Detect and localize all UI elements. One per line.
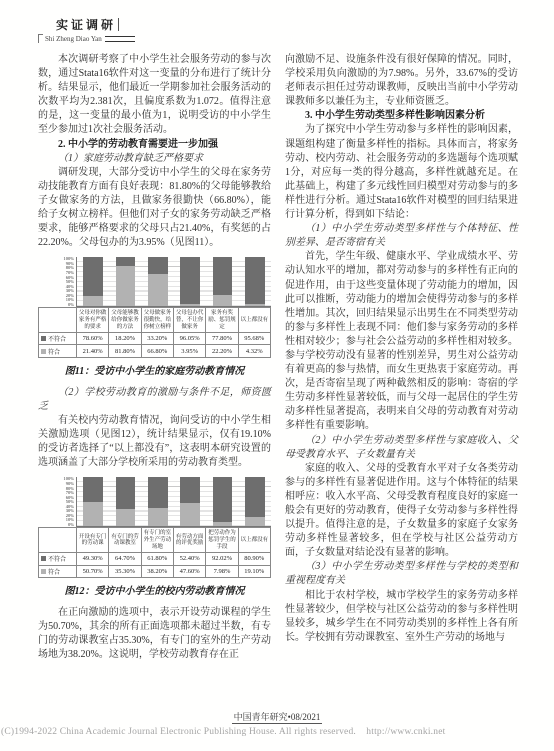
value-cell: 50.70% <box>77 566 109 578</box>
table-corner-cell <box>39 528 77 553</box>
value-cell: 4.32% <box>239 345 271 357</box>
plot-area <box>76 477 271 527</box>
value-cell: 96.05% <box>174 333 206 345</box>
bar-segment-不符合 <box>116 477 135 509</box>
value-cell: 92.02% <box>206 553 238 565</box>
bar-segment-不符合 <box>180 477 199 503</box>
bar-segment-不符合 <box>148 477 167 507</box>
figure-11-data-table: 父母对你做家务有严格的要求父母能够教给你做家务的方法父母做家务很勤快，给你树立榜… <box>38 307 271 358</box>
category-cell: 有专门的室外生产劳动场地 <box>142 528 174 553</box>
bar-segment-符合 <box>245 304 264 306</box>
section-header: 实证调研 Shi Zheng Diao Yan <box>38 16 135 43</box>
value-cell: 3.95% <box>174 345 206 357</box>
category-cell: 家务有奖励、惩罚规定 <box>206 308 238 333</box>
stacked-bar <box>83 257 102 306</box>
bar-slot <box>239 257 271 306</box>
value-cell: 38.20% <box>142 566 174 578</box>
bar-slot <box>77 257 109 306</box>
y-axis-labels: 100%90%80%70%60%50%40%30%20%10%0% <box>38 477 76 527</box>
value-cell: 33.20% <box>142 333 174 345</box>
stacked-bar <box>213 257 232 306</box>
heading-section-2: 2. 中小学的劳动教育需要进一步加强 <box>38 138 271 152</box>
figure-11-chart: 100%90%80%70%60%50%40%30%20%10%0% 父母对你做家… <box>38 257 271 377</box>
figure-12-caption: 图12：受访中小学生的校内劳动教育情况 <box>38 582 271 597</box>
value-cell: 95.68% <box>239 333 271 345</box>
bar-segment-不符合 <box>213 257 232 295</box>
right-column: 向激励不足、设施条件没有很好保障的情况。同时，学校采用负向激励的为7.98%。另… <box>285 53 518 662</box>
category-cell: 父母包办代替，不让你做家务 <box>174 308 206 333</box>
section-title-pinyin: Shi Zheng Diao Yan <box>38 34 135 43</box>
stacked-bar <box>245 257 264 306</box>
category-cell: 有专门的劳动课教室 <box>109 528 141 553</box>
bar-segment-不符合 <box>116 257 135 266</box>
bar-slot <box>77 477 109 526</box>
category-cell: 以上都没有 <box>239 528 271 553</box>
category-cell: 父母对你做家务有严格的要求 <box>77 308 109 333</box>
value-cell: 78.60% <box>77 333 109 345</box>
bar-segment-符合 <box>245 517 264 526</box>
value-cell: 18.20% <box>109 333 141 345</box>
category-cell: 把劳动作为惩罚学生的手段 <box>206 528 238 553</box>
figure-12-plot: 100%90%80%70%60%50%40%30%20%10%0% <box>38 477 271 527</box>
bar-segment-符合 <box>83 296 102 306</box>
subheading-2-2: （2）学校劳动教育的激励与条件不足，师资匮乏 <box>38 386 271 414</box>
value-cell: 66.80% <box>142 345 174 357</box>
stacked-bar <box>180 257 199 306</box>
paragraph-social-service: 本次调研考察了中小学生社会服务劳动的参与次数，通过Stata16软件对这一变量的… <box>38 53 271 138</box>
stacked-bar <box>116 477 135 526</box>
subheading-3-2: （2）中小学生劳动类型多样性与家庭收入、父母受教育水平、子女数量有关 <box>285 434 518 462</box>
category-cell: 以上都没有 <box>239 308 271 333</box>
value-cell: 81.80% <box>109 345 141 357</box>
figure-11-plot: 100%90%80%70%60%50%40%30%20%10%0% <box>38 257 271 307</box>
category-cell: 父母做家务很勤快，给你树立榜样 <box>142 308 174 333</box>
stacked-bar <box>148 257 167 306</box>
subheading-3-1: （1）中小学生劳动类型多样性与个体特征、性别差异、是否寄宿有关 <box>285 222 518 250</box>
bar-slot <box>142 257 174 306</box>
bar-segment-符合 <box>116 509 135 526</box>
bar-segment-符合 <box>116 266 135 306</box>
value-cell: 80.90% <box>239 553 271 565</box>
bar-segment-符合 <box>213 522 232 526</box>
value-cell: 19.10% <box>239 566 271 578</box>
stacked-bar <box>148 477 167 526</box>
category-cell: 有劳动方面的评优奖励 <box>174 528 206 553</box>
value-cell: 35.30% <box>109 566 141 578</box>
value-cell: 52.40% <box>174 553 206 565</box>
bar-slot <box>174 477 206 526</box>
bar-slot <box>206 477 238 526</box>
value-cell: 22.20% <box>206 345 238 357</box>
paragraph-diversity-index: 为了探究中小学生劳动参与多样性的影响因素，课题组构建了衡量多样性的指标。具体而言… <box>285 123 518 222</box>
stacked-bar <box>213 477 232 526</box>
category-cell: 父母能够教给你做家务的方法 <box>109 308 141 333</box>
header-vertical-rule <box>118 18 119 31</box>
value-cell: 49.30% <box>77 553 109 565</box>
bar-segment-符合 <box>83 502 102 527</box>
legend-swatch-icon <box>41 336 46 341</box>
legend-swatch-icon <box>41 349 46 354</box>
journal-page: 实证调研 Shi Zheng Diao Yan 本次调研考察了中小学生社会服务劳… <box>0 0 554 751</box>
legend-swatch-icon <box>41 556 46 561</box>
stacked-bar <box>116 257 135 306</box>
value-cell: 21.40% <box>77 345 109 357</box>
stacked-bar <box>180 477 199 526</box>
stacked-bar <box>83 477 102 526</box>
header-bracket <box>38 34 43 43</box>
bar-segment-不符合 <box>213 477 232 522</box>
legend-cell: 符合 <box>39 345 77 357</box>
bar-segment-不符合 <box>148 257 167 273</box>
section-title-text: 实证调研 <box>56 16 116 33</box>
bar-segment-符合 <box>213 295 232 306</box>
pinyin-text: Shi Zheng Diao Yan <box>45 35 102 43</box>
figure-12-data-table: 开设有专门的劳动课有专门的劳动课教室有专门的室外生产劳动场地有劳动方面的评优奖励… <box>38 527 271 578</box>
value-cell: 64.70% <box>109 553 141 565</box>
bar-slot <box>206 257 238 306</box>
bar-slot <box>142 477 174 526</box>
bar-segment-符合 <box>148 508 167 527</box>
bar-segment-不符合 <box>245 257 264 304</box>
bar-segment-符合 <box>180 503 199 526</box>
header-double-rule <box>105 36 135 42</box>
figure-11-caption: 图11：受访中小学生的家庭劳动教育情况 <box>38 362 271 377</box>
heading-section-3: 3. 中小学生劳动类型多样性影响因素分析 <box>285 109 518 123</box>
bar-segment-符合 <box>148 274 167 307</box>
legend-cell: 不符合 <box>39 333 77 345</box>
table-corner-cell <box>39 308 77 333</box>
bar-slot <box>239 477 271 526</box>
figure-12-chart: 100%90%80%70%60%50%40%30%20%10%0% 开设有专门的… <box>38 477 271 597</box>
legend-cell: 符合 <box>39 566 77 578</box>
value-cell: 7.98% <box>206 566 238 578</box>
stacked-bar <box>245 477 264 526</box>
bar-slot <box>109 477 141 526</box>
plot-area <box>76 257 271 307</box>
bar-segment-符合 <box>180 304 199 306</box>
bar-segment-不符合 <box>83 477 102 501</box>
left-column: 本次调研考察了中小学生社会服务劳动的参与次数，通过Stata16软件对这一变量的… <box>38 53 271 662</box>
journal-issue-text: 中国青年研究•08/2021 <box>232 712 323 724</box>
y-axis-labels: 100%90%80%70%60%50%40%30%20%10%0% <box>38 257 76 307</box>
bar-slot <box>109 257 141 306</box>
category-cell: 开设有专门的劳动课 <box>77 528 109 553</box>
value-cell: 47.60% <box>174 566 206 578</box>
two-column-body: 本次调研考察了中小学生社会服务劳动的参与次数，通过Stata16软件对这一变量的… <box>38 53 518 662</box>
paragraph-family-factors: 家庭的收入、父母的受教育水平对子女各类劳动参与的多样性有显著促进作用。这与个体特… <box>285 462 518 561</box>
subheading-3-3: （3）中小学生劳动类型多样性与学校的类型和重视程度有关 <box>285 560 518 588</box>
bar-segment-不符合 <box>83 257 102 296</box>
paragraph-school-factors: 相比于农村学校，城市学校学生的家务劳动多样性显著较少，但学校与社区公益劳动的参与… <box>285 589 518 645</box>
paragraph-continuation: 向激励不足、设施条件没有很好保障的情况。同时，学校采用负向激励的为7.98%。另… <box>285 53 518 109</box>
cnki-copyright-line: (C)1994-2022 China Academic Journal Elec… <box>1 727 554 737</box>
journal-issue-line: 中国青年研究•08/2021 <box>0 710 554 723</box>
value-cell: 61.80% <box>142 553 174 565</box>
bar-segment-不符合 <box>245 477 264 517</box>
paragraph-individual-factors: 首先，学生年级、健康水平、学业成绩水平、劳动认知水平的增加，都对劳动参与的多样性… <box>285 250 518 433</box>
paragraph-family-education: 调研发现，大部分受访中小学生的父母在家务劳动技能教育方面有良好表现：81.80%… <box>38 166 271 251</box>
legend-cell: 不符合 <box>39 553 77 565</box>
value-cell: 77.80% <box>206 333 238 345</box>
bar-slot <box>174 257 206 306</box>
bar-segment-不符合 <box>180 257 199 304</box>
paragraph-positive-incentive: 在正向激励的选项中，表示开设劳动课程的学生为50.70%，其余的所有正面选项都未… <box>38 606 271 662</box>
legend-swatch-icon <box>41 569 46 574</box>
section-title: 实证调研 <box>38 16 135 33</box>
subheading-2-1: （1）家庭劳动教育缺乏严格要求 <box>38 152 271 166</box>
paragraph-school-incentive: 有关校内劳动教育情况，询问受访的中小学生相关激励选项（见图12），统计结果显示，… <box>38 414 271 470</box>
